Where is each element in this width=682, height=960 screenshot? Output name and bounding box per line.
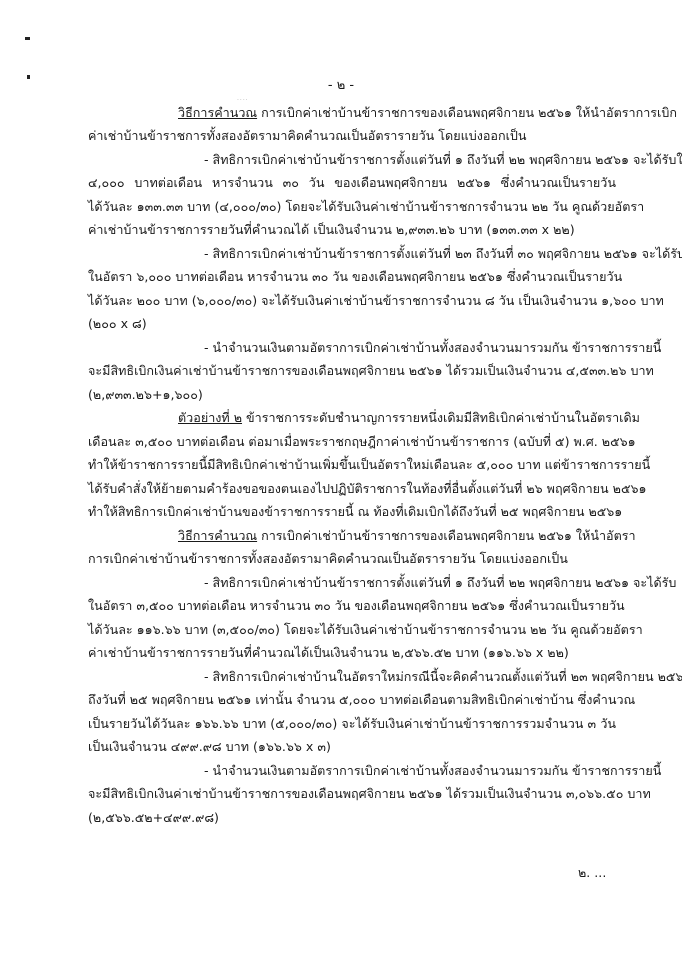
page-number: - ๒ - [0,74,682,95]
text-line: ค่าเช่าบ้านข้าราชการรายวันที่คำนวณได้เป็… [88,645,616,661]
underlined-heading: วิธีการคำนวณ [178,105,257,120]
text-line: ๔,๐๐๐ บาทต่อเดือน หารจำนวน ๓๐ วัน ของเดื… [88,175,616,191]
underlined-heading: วิธีการคำนวณ [178,528,257,543]
bullet-line: - นำจำนวนเงินตามอัตราการเบิกค่าเช่าบ้านท… [204,763,616,779]
text-line: ทำให้ข้าราชการรายนี้มีสิทธิเบิกค่าเช่าบ้… [88,457,616,473]
bullet-line: - สิทธิการเบิกค่าเช่าบ้านข้าราชการตั้งแต… [204,246,616,262]
bullet-line: - นำจำนวนเงินตามอัตราการเบิกค่าเช่าบ้านท… [204,340,616,356]
text-line: การเบิกค่าเช่าบ้านข้าราชการทั้งสองอัตราม… [88,551,616,567]
text-line: ทำให้สิทธิการเบิกค่าเช่าบ้านของข้าราชการ… [88,504,616,520]
text-line: ในอัตรา ๖,๐๐๐ บาทต่อเดือน หารจำนวน ๓๐ วั… [88,269,616,285]
text-line: จะมีสิทธิเบิกเงินค่าเช่าบ้านข้าราชการของ… [88,786,616,802]
underlined-heading: ตัวอย่างที่ ๒ [178,410,242,425]
text-line: ค่าเช่าบ้านข้าราชการรายวันที่คำนวณได้ เป… [88,222,616,238]
text-line: ถึงวันที่ ๒๕ พฤศจิกายน ๒๕๖๑ เท่านั้น จำน… [88,692,616,708]
text-line: เป็นรายวันได้วันละ ๑๖๖.๖๖ บาท (๕,๐๐๐/๓๐)… [88,716,616,732]
paragraph-heading-calc-method: วิธีการคำนวณ การเบิกค่าเช่าบ้านข้าราชการ… [178,105,616,121]
text-line: ได้รับคำสั่งให้ย้ายตามคำร้องขอของตนเองไป… [88,481,616,497]
text-line: ได้วันละ ๑๓๓.๓๓ บาท (๔,๐๐๐/๓๐) โดยจะได้ร… [88,199,616,215]
text-line: ค่าเช่าบ้านข้าราชการทั้งสองอัตรามาคิดคำน… [88,128,616,144]
text-line: เดือนละ ๓,๕๐๐ บาทต่อเดือน ต่อมาเมื่อพระร… [88,434,616,450]
text-line: ในอัตรา ๓,๕๐๐ บาทต่อเดือน หารจำนวน ๓๐ วั… [88,598,616,614]
text-line: (๒๐๐ x ๘) [88,316,616,332]
text-line: จะมีสิทธิเบิกเงินค่าเช่าบ้านข้าราชการของ… [88,363,616,379]
text-line: (๒,๙๓๓.๒๖+๑,๖๐๐) [88,387,616,403]
paragraph-heading-calc-method: วิธีการคำนวณ การเบิกค่าเช่าบ้านข้าราชการ… [178,528,616,544]
text-line: ได้วันละ ๒๐๐ บาท (๖,๐๐๐/๓๐) จะได้รับเงิน… [88,293,616,309]
paragraph-heading-example-2: ตัวอย่างที่ ๒ ข้าราชการระดับชำนาญการรายห… [178,410,616,426]
text-line: ได้วันละ ๑๑๖.๖๖ บาท (๓,๕๐๐/๓๐) โดยจะได้ร… [88,622,616,638]
bullet-line: - สิทธิการเบิกค่าเช่าบ้านข้าราชการตั้งแต… [204,152,616,168]
text-line: เป็นเงินจำนวน ๔๙๙.๙๘ บาท (๑๖๖.๖๖ x ๓) [88,739,616,755]
scan-artifact-mark [25,37,30,40]
text-line: (๒,๕๖๖.๕๒+๔๙๙.๙๘) [88,810,616,826]
scan-dots: .... [237,95,249,102]
bullet-line: - สิทธิการเบิกค่าเช่าบ้านข้าราชการตั้งแต… [204,575,616,591]
document-page: - ๒ - .... วิธีการคำนวณ การเบิกค่าเช่าบ้… [0,0,682,960]
bullet-line: - สิทธิการเบิกค่าเช่าบ้านในอัตราใหม่กรณี… [204,669,616,685]
continuation-marker: ๒. ... [578,863,606,883]
